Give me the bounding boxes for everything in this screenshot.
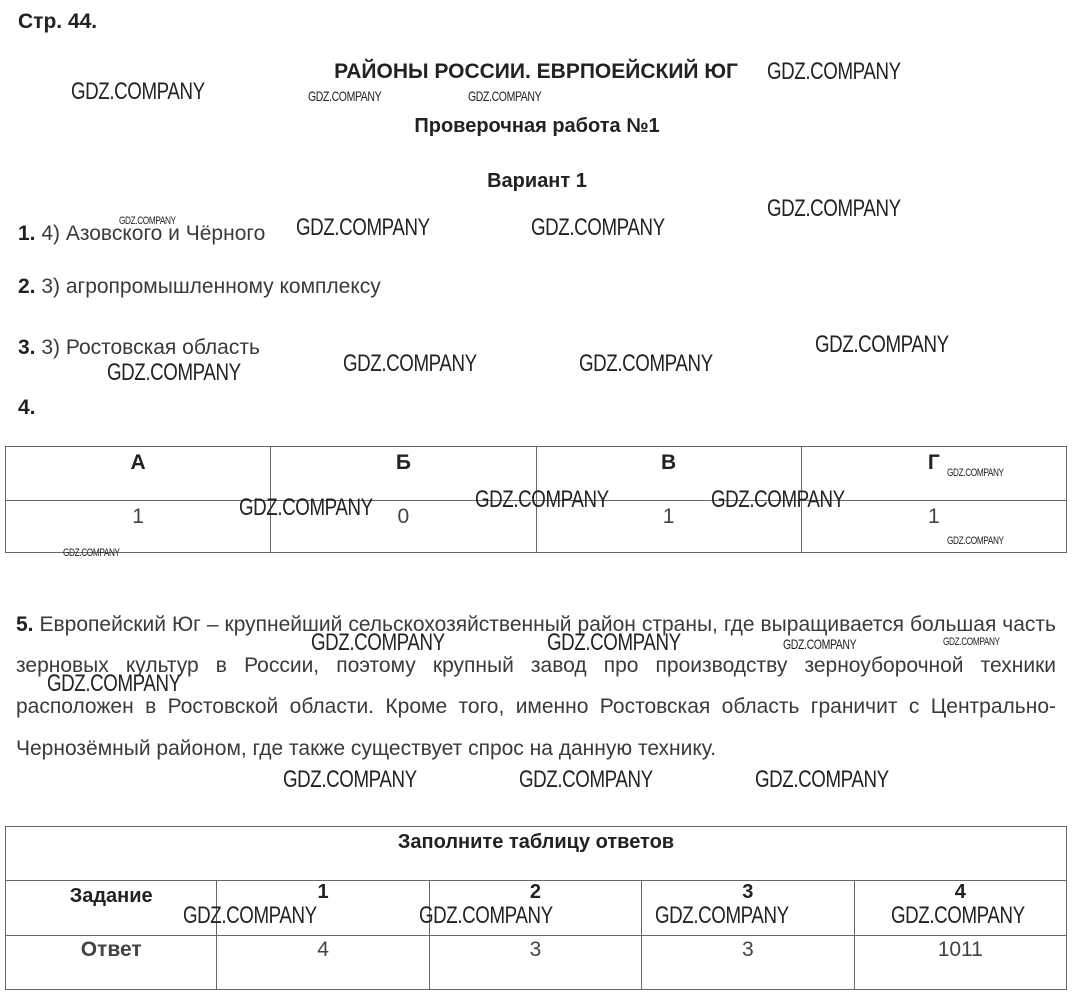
watermark: GDZ.COMPANY (711, 486, 845, 514)
watermark: GDZ.COMPANY (655, 902, 789, 930)
watermark: GDZ.COMPANY (71, 78, 205, 106)
watermark: GDZ.COMPANY (311, 629, 445, 657)
watermark: GDZ.COMPANY (419, 902, 553, 930)
watermark: GDZ.COMPANY (947, 535, 1004, 547)
answer-4: 4. (18, 396, 36, 420)
watermark: GDZ.COMPANY (767, 58, 901, 86)
page-reference: Стр. 44. (18, 10, 97, 34)
table-cell: 3 (429, 936, 641, 990)
watermark: GDZ.COMPANY (468, 88, 541, 104)
answer-number: 4. (18, 396, 36, 419)
table-row-answers: Ответ 4 3 3 1011 (6, 936, 1067, 990)
watermark: GDZ.COMPANY (815, 331, 949, 359)
table-cell: 1011 (854, 936, 1066, 990)
watermark: GDZ.COMPANY (767, 195, 901, 223)
watermark: GDZ.COMPANY (947, 467, 1004, 479)
watermark: GDZ.COMPANY (308, 88, 381, 104)
watermark: GDZ.COMPANY (183, 902, 317, 930)
watermark: GDZ.COMPANY (343, 350, 477, 378)
watermark: GDZ.COMPANY (891, 902, 1025, 930)
watermark: GDZ.COMPANY (107, 359, 241, 387)
variant-title: Вариант 1 (0, 170, 1074, 193)
table-cell: 3 (642, 936, 854, 990)
watermark: GDZ.COMPANY (783, 636, 856, 652)
answer-text: 3) агропромышленному комплексу (36, 275, 381, 298)
answer-3: 3. 3) Ростовская область (18, 336, 260, 360)
table-cell: 4 (217, 936, 429, 990)
answer-number: 1. (18, 222, 36, 245)
watermark: GDZ.COMPANY (519, 766, 653, 794)
answer-2: 2. 3) агропромышленному комплексу (18, 275, 381, 299)
watermark: GDZ.COMPANY (119, 215, 176, 227)
watermark: GDZ.COMPANY (755, 766, 889, 794)
watermark: GDZ.COMPANY (943, 636, 1000, 648)
answer-number: 3. (18, 336, 36, 359)
watermark: GDZ.COMPANY (239, 494, 373, 522)
table-cell: 1 (6, 501, 271, 553)
answer-text: 3) Ростовская область (36, 336, 260, 359)
answer-number: 2. (18, 275, 36, 298)
watermark: GDZ.COMPANY (63, 547, 120, 559)
work-title: Проверочная работа №1 (0, 115, 1074, 138)
watermark: GDZ.COMPANY (283, 766, 417, 794)
table-caption: Заполните таблицу ответов (6, 827, 1067, 881)
watermark: GDZ.COMPANY (47, 670, 181, 698)
table-caption-row: Заполните таблицу ответов (6, 827, 1067, 881)
watermark: GDZ.COMPANY (579, 350, 713, 378)
table-header-cell: А (6, 447, 271, 501)
watermark: GDZ.COMPANY (296, 214, 430, 242)
row-label-answer: Ответ (6, 936, 217, 990)
answer-number: 5. (16, 613, 34, 636)
watermark: GDZ.COMPANY (475, 486, 609, 514)
watermark: GDZ.COMPANY (531, 214, 665, 242)
watermark: GDZ.COMPANY (547, 629, 681, 657)
